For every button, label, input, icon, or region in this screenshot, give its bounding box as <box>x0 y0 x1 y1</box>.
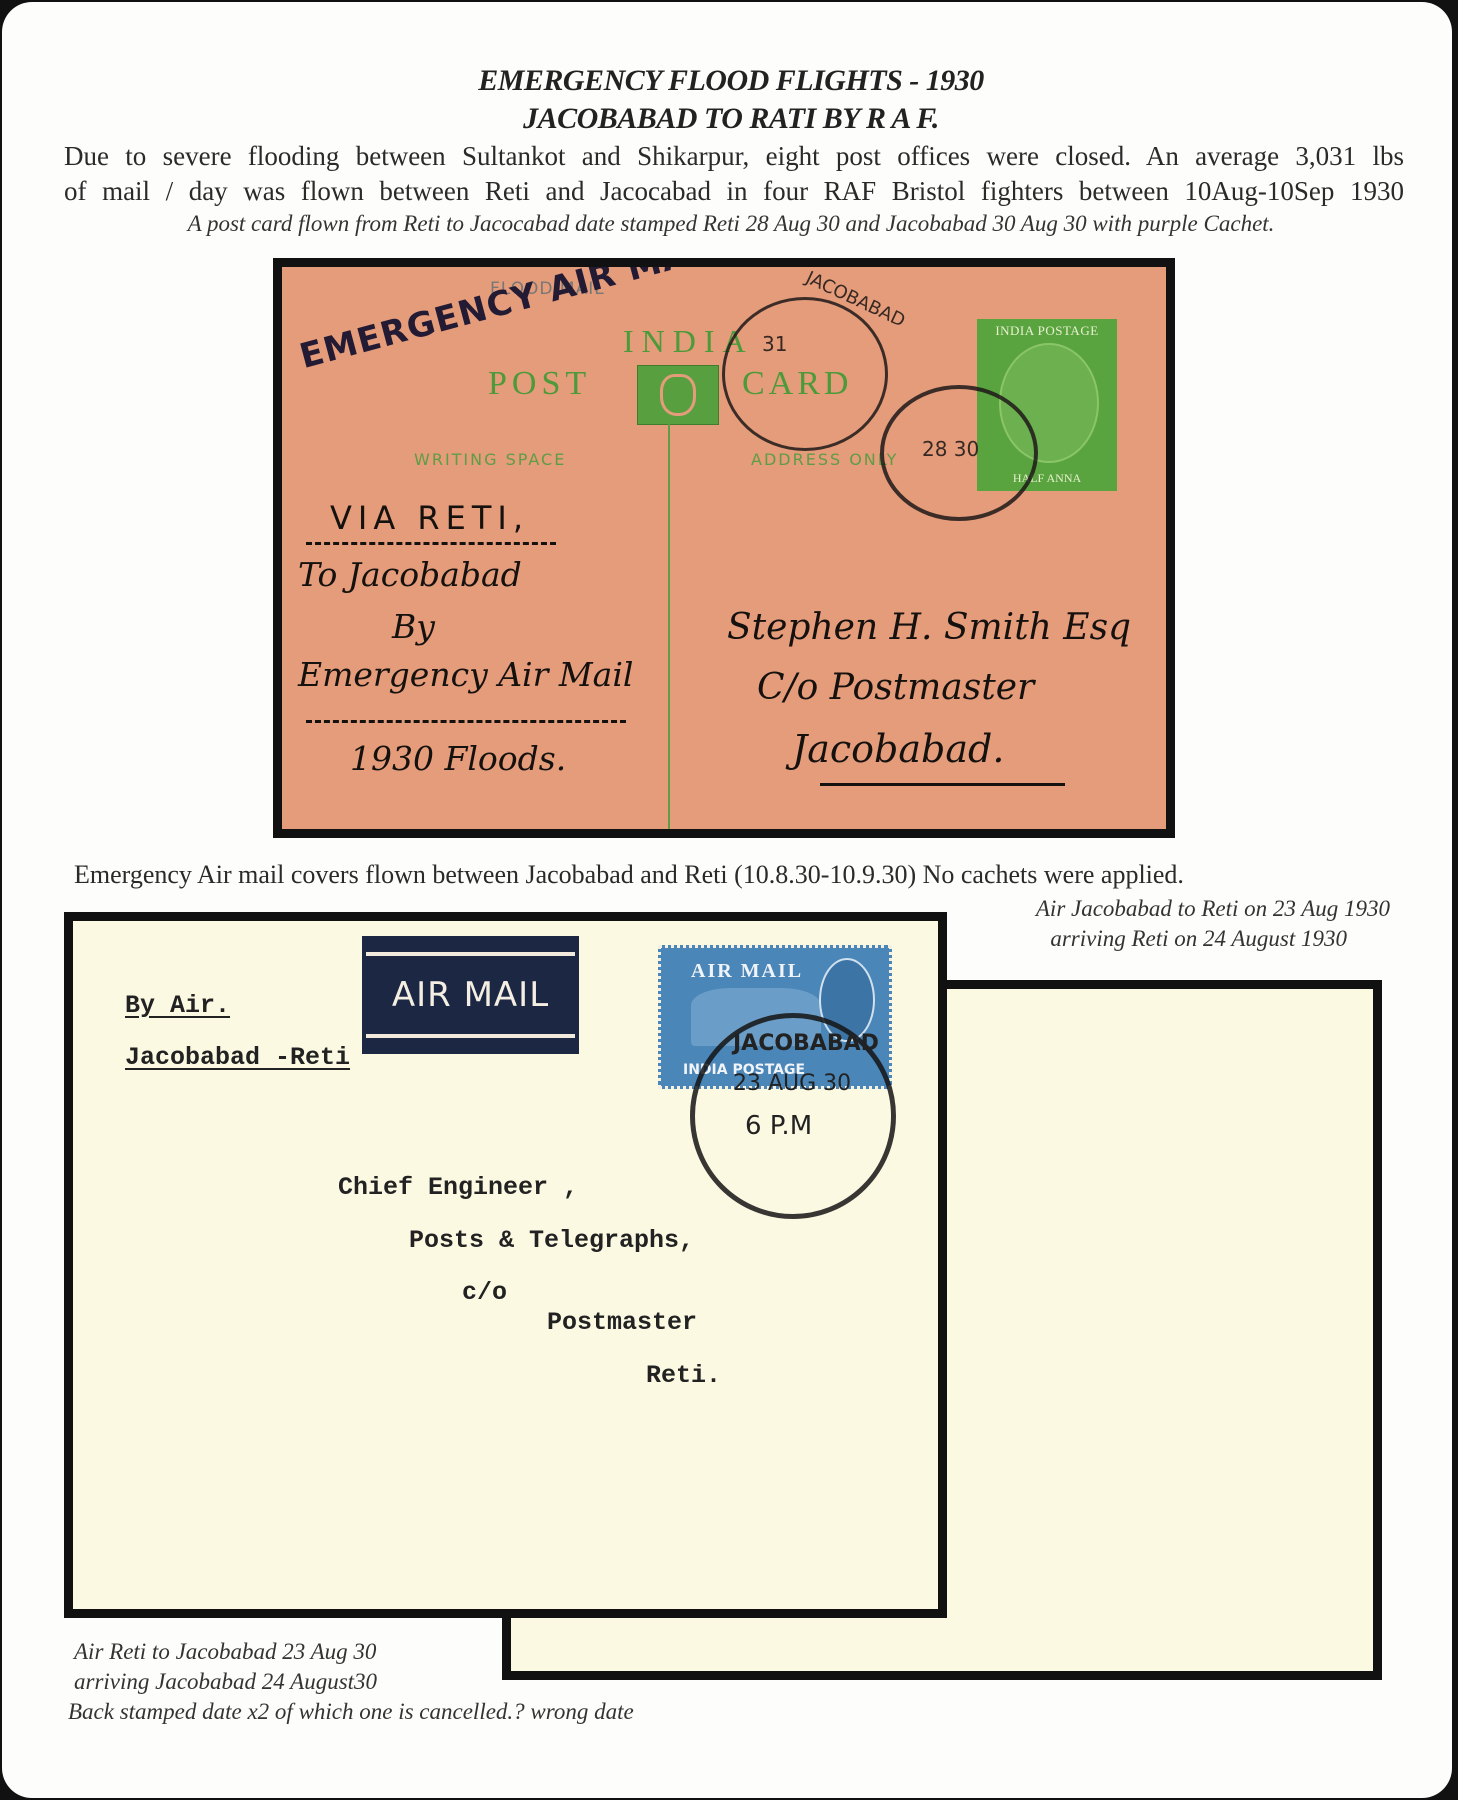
jacobabad-postmark <box>722 297 888 451</box>
address-line-4: Postmaster <box>547 1308 697 1337</box>
address-line-3: c/o <box>462 1278 507 1307</box>
printed-post: POST <box>488 365 591 403</box>
bottom-caption-1: Air Reti to Jacobabad 23 Aug 30 <box>74 1639 376 1665</box>
album-page: EMERGENCY FLOOD FLIGHTS - 1930 JACOBABAD… <box>2 2 1452 1798</box>
page-title: EMERGENCY FLOOD FLIGHTS - 1930 <box>2 64 1458 98</box>
handwriting-underline-2 <box>306 720 626 723</box>
description-line-1: Due to severe flooding between Sultankot… <box>64 139 1404 174</box>
postmark-date: 31 <box>762 332 787 356</box>
card-divider <box>668 423 670 829</box>
bottom-caption-2: arriving Jacobabad 24 August30 <box>74 1669 377 1695</box>
stamp-title: AIR MAIL <box>691 960 803 983</box>
postmark-time: 6 P.M <box>745 1111 812 1141</box>
address-only-label: ADDRESS ONLY <box>751 450 898 469</box>
handwriting-1930-floods: 1930 Floods. <box>350 739 566 778</box>
stamp-top-text: INDIA POSTAGE <box>977 323 1117 339</box>
handwriting-emergency-air-mail: Emergency Air Mail <box>298 655 633 694</box>
coat-of-arms-icon <box>637 365 719 425</box>
postcard-caption: A post card flown from Reti to Jacocabad… <box>2 211 1458 237</box>
by-air-line: By Air. <box>125 991 230 1020</box>
cover-jacobabad-to-reti: AIR MAIL By Air. Jacobabad -Reti AIR MAI… <box>64 912 947 1618</box>
address-line-2: Posts & Telegraphs, <box>409 1226 694 1255</box>
airmail-label-text: AIR MAIL <box>366 952 575 1038</box>
cover-1-paper: AIR MAIL By Air. Jacobabad -Reti AIR MAI… <box>73 921 938 1609</box>
emergency-air-mail-cachet: EMERGENCY AIR MAIL <box>296 267 728 377</box>
address-underline <box>820 783 1065 786</box>
description-line-2: of mail / day was flown between Reti and… <box>64 174 1404 209</box>
cover-right-caption-1: Air Jacobabad to Reti on 23 Aug 1930 <box>1036 896 1390 922</box>
bottom-caption-3: Back stamped date x2 of which one is can… <box>68 1699 634 1725</box>
handwriting-to-jacobabad: To Jacobabad <box>298 555 522 594</box>
handwriting-underline <box>306 542 556 545</box>
postcard: FLOOD MAIL INDIA POST CARD WRITING SPACE… <box>273 258 1175 838</box>
postmark-town: JACOBABAD <box>733 1031 879 1056</box>
postmark-date: 23 AUG 30 <box>733 1071 851 1096</box>
address-city: Jacobabad. <box>792 727 1004 771</box>
covers-caption: Emergency Air mail covers flown between … <box>74 860 1184 890</box>
address-name: Stephen H. Smith Esq <box>727 607 1131 648</box>
cover-right-caption-2: arriving Reti on 24 August 1930 <box>1050 926 1347 952</box>
postmark-date-2: 28 30 <box>922 437 979 461</box>
page-subtitle: JACOBABAD TO RATI BY R A F. <box>2 102 1458 136</box>
writing-space-label: WRITING SPACE <box>414 450 566 469</box>
postcard-face: FLOOD MAIL INDIA POST CARD WRITING SPACE… <box>282 267 1166 829</box>
address-care-of: C/o Postmaster <box>757 667 1034 708</box>
address-line-1: Chief Engineer , <box>338 1173 578 1202</box>
address-line-5: Reti. <box>646 1361 721 1390</box>
airmail-label: AIR MAIL <box>362 936 579 1054</box>
route-line: Jacobabad -Reti <box>125 1043 350 1072</box>
handwriting-by: By <box>392 607 435 646</box>
handwriting-via-reti: VIA RETI, <box>330 499 529 537</box>
